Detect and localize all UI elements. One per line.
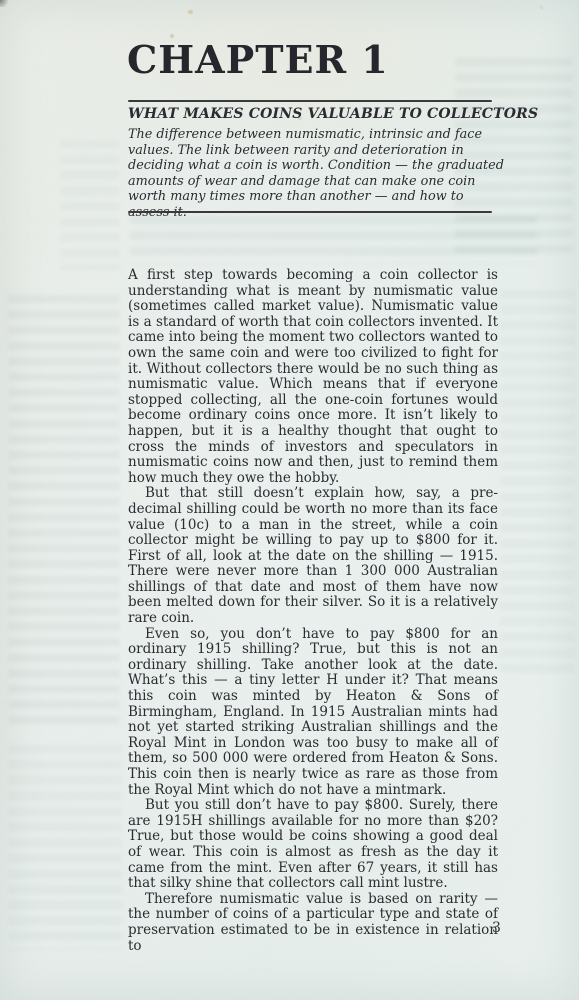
- divider-rule-bottom: [128, 211, 492, 213]
- body-paragraph: But that still doesn’t explain how, say,…: [128, 486, 498, 626]
- bleedthrough-texture: [130, 216, 538, 264]
- body-paragraph: But you still don’t have to pay $800. Su…: [128, 798, 498, 892]
- section-heading: WHAT MAKES COINS VALUABLE TO COLLECTORS: [128, 106, 508, 122]
- divider-rule-top: [128, 100, 492, 102]
- body-paragraph: Even so, you don’t have to pay $800 for …: [128, 627, 498, 799]
- scanned-book-page: CHAPTER 1 WHAT MAKES COINS VALUABLE TO C…: [0, 0, 579, 1000]
- page-number: 3: [492, 920, 501, 936]
- bleedthrough-texture: [60, 140, 120, 270]
- body-text: A first step towards becoming a coin col…: [128, 268, 498, 954]
- scan-corner-mark: [0, 0, 9, 7]
- foxing-speck: [540, 6, 543, 9]
- body-paragraph: A first step towards becoming a coin col…: [128, 268, 498, 486]
- chapter-summary: The difference between numismatic, intri…: [128, 127, 508, 220]
- foxing-speck: [188, 10, 193, 14]
- bleedthrough-texture: [8, 745, 122, 950]
- chapter-title: CHAPTER 1: [127, 41, 389, 79]
- body-paragraph: Therefore numismatic value is based on r…: [128, 892, 498, 954]
- bleedthrough-texture: [500, 290, 574, 680]
- bleedthrough-texture: [8, 295, 120, 725]
